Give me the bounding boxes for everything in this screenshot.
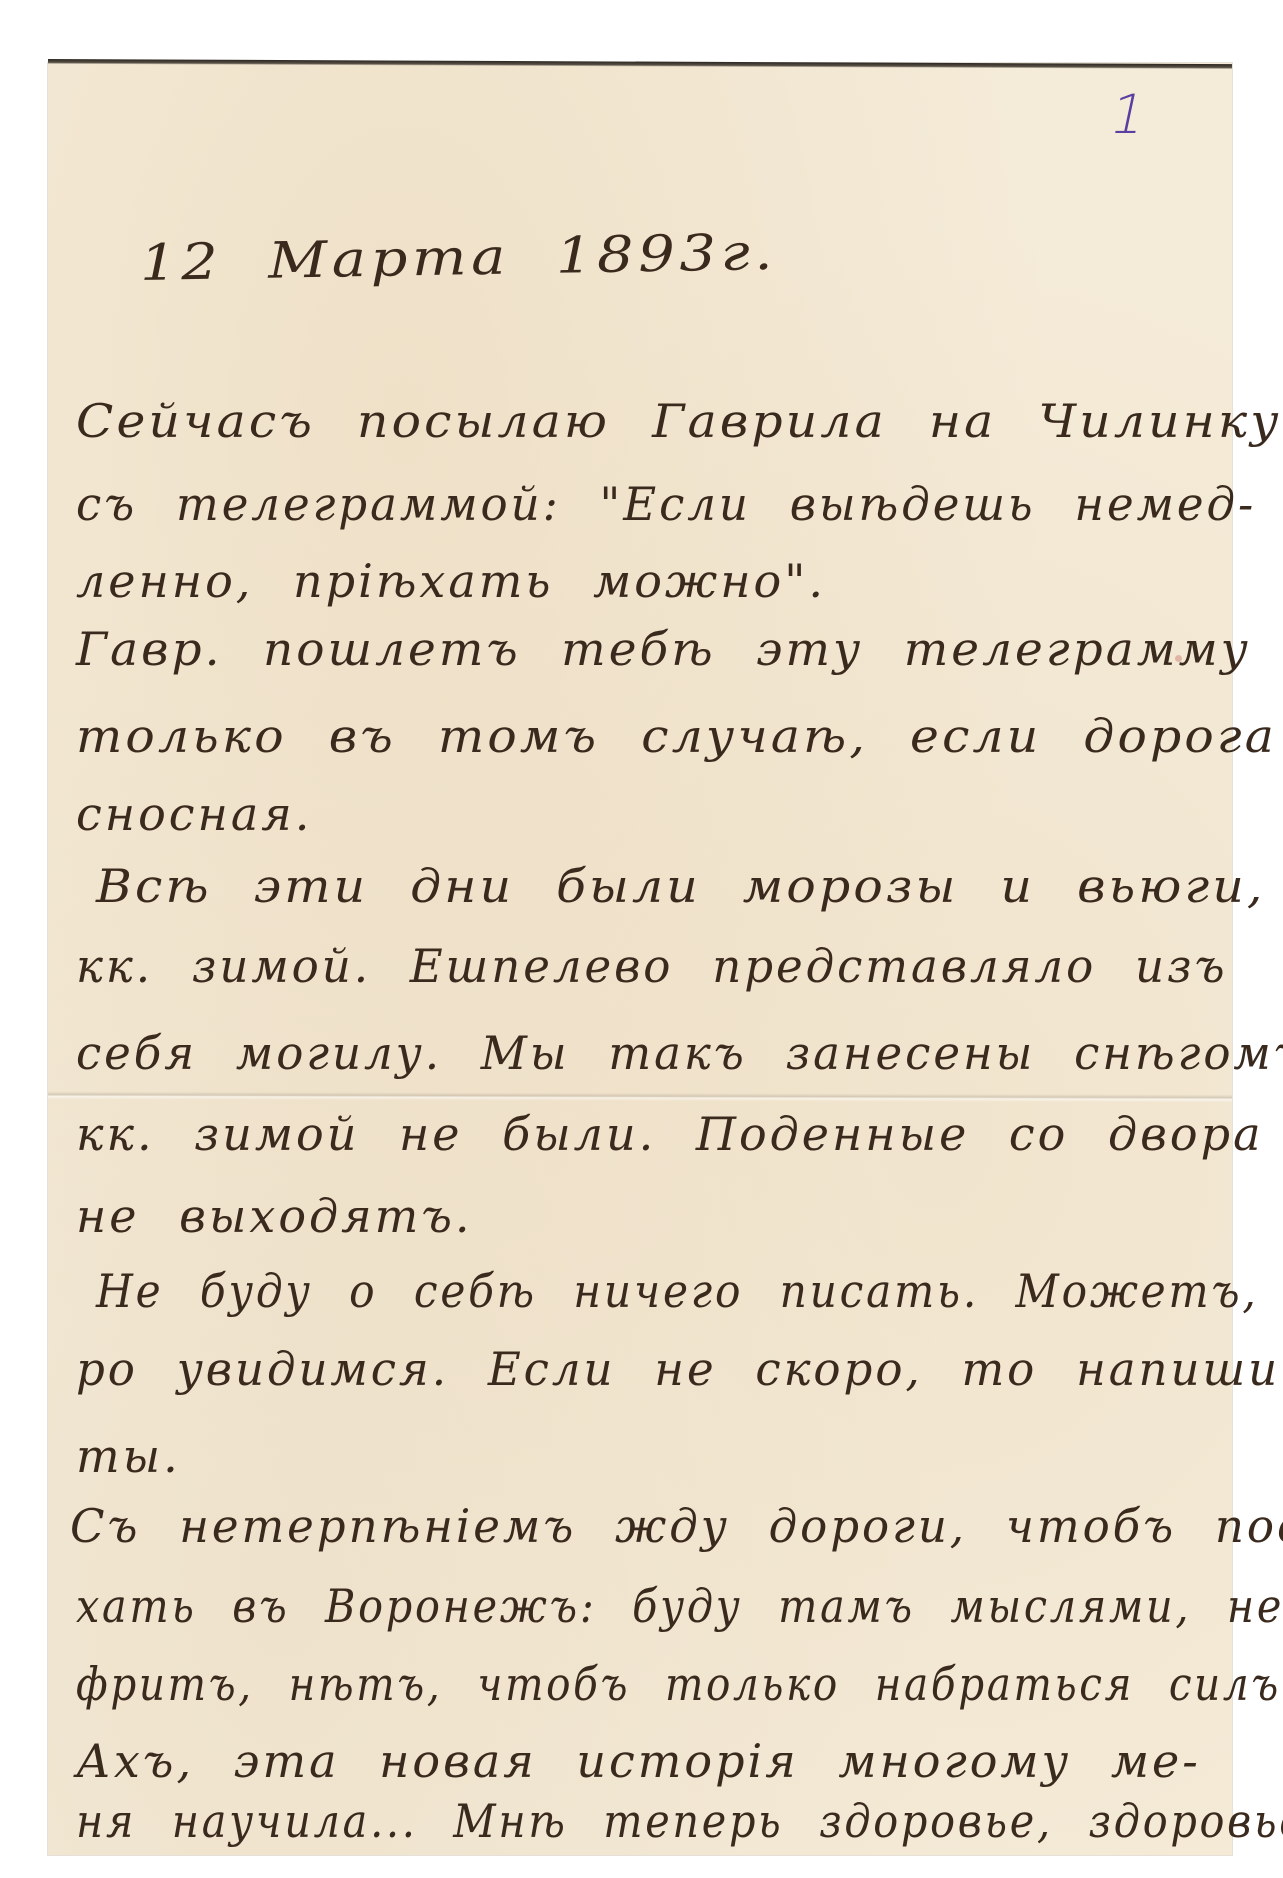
- letter-line-1: Сейчасъ посылаю Гаврила на Чилинку: [76, 398, 1282, 444]
- letter-line-18: Ахъ, эта новая исторія многому ме-: [76, 1738, 1201, 1784]
- letter-line-19: ня научила... Мнѣ теперь здоровье, здоро…: [76, 1798, 1283, 1844]
- letter-line-3: ленно, пріѣхать можно".: [76, 558, 826, 604]
- letter-sheet: 1 12 Марта 1893г. Сейчасъ посылаю Гаврил…: [48, 63, 1232, 1855]
- letter-line-7: Всѣ эти дни были морозы и вьюги,: [96, 863, 1266, 909]
- letter-line-6: сносная.: [76, 791, 312, 837]
- letter-line-10: кк. зимой не были. Поденные со двора: [76, 1111, 1264, 1157]
- letter-line-11: не выходятъ.: [76, 1193, 473, 1239]
- archive-page-number: 1: [1105, 88, 1151, 142]
- letter-line-13: ро увидимся. Если не скоро, то напиши: [76, 1346, 1280, 1392]
- letter-date: 12 Марта 1893г.: [140, 227, 778, 288]
- letter-line-15: Съ нетерпѣніемъ жду дороги, чтобъ пое-: [70, 1503, 1283, 1549]
- letter-line-4: Гавр. пошлетъ тебѣ эту телеграмму: [76, 626, 1251, 672]
- letter-line-9: себя могилу. Мы такъ занесены снѣгомъ,: [76, 1030, 1283, 1076]
- letter-line-16: хать въ Воронежъ: буду тамъ мыслями, не-: [76, 1583, 1283, 1629]
- fold-crease: [48, 1091, 1232, 1102]
- letter-line-5: только въ томъ случаѣ, если дорога: [76, 713, 1277, 759]
- letter-line-8: кк. зимой. Ешпелево представляло изъ: [76, 943, 1227, 989]
- letter-line-2: съ телеграммой: "Если выѣдешь немед-: [76, 481, 1256, 527]
- letter-line-14: ты.: [76, 1433, 181, 1479]
- letter-line-17: фритъ, нѣтъ, чтобъ только набраться силъ…: [76, 1661, 1283, 1707]
- letter-line-12: Не буду о себѣ ничего писать. Можетъ, ск…: [96, 1268, 1283, 1314]
